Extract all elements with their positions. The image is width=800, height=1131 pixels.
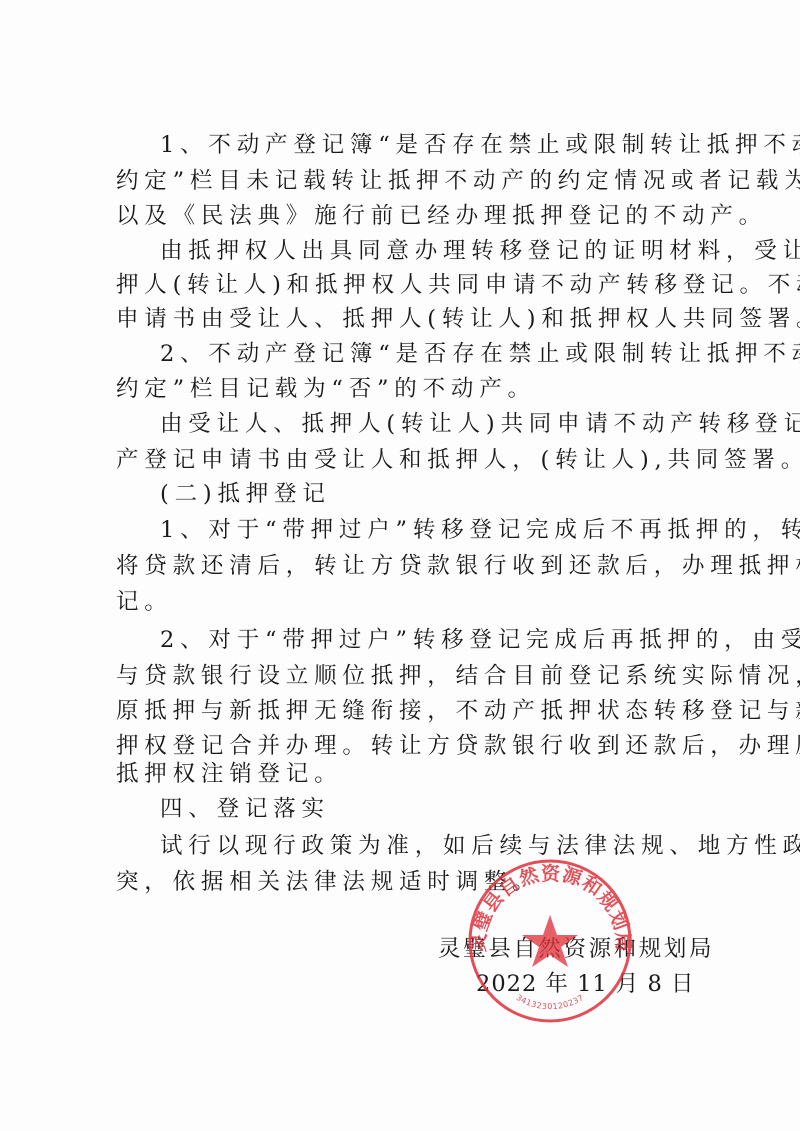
paragraph-line: 约定”栏目记载为“否”的不动产。 <box>116 371 536 407</box>
paragraph-line: 由抵押权人出具同意办理转移登记的证明材料，受让人、抵 <box>160 233 800 269</box>
signature-organization: 灵璧县自然资源和规划局 <box>438 931 714 967</box>
section-heading-transfer-item-2: 2、不动产登记簿“是否存在禁止或限制转让抵押不动产的 <box>160 336 800 372</box>
section-heading-implementation: 四、登记落实 <box>160 791 330 827</box>
paragraph-line: 约定”栏目未记载转让抵押不动产的约定情况或者记载为“是”, <box>116 163 800 199</box>
paragraph-line: 申请书由受让人、抵押人(转让人)和抵押权人共同签署。 <box>116 301 800 337</box>
section-heading-mortgage-item-2: 2、对于“带押过户”转移登记完成后再抵押的，由受让方 <box>160 622 800 658</box>
paragraph-line: 以及《民法典》施行前已经办理抵押登记的不动产。 <box>116 198 767 234</box>
document-page: 1、不动产登记簿“是否存在禁止或限制转让抵押不动产的 约定”栏目未记载转让抵押不… <box>0 0 800 1131</box>
paragraph-line: 原抵押与新抵押无缝衔接，不动产抵押状态转移登记与新设立抵 <box>116 693 800 729</box>
paragraph-line: 将贷款还清后，转让方贷款银行收到还款后，办理抵押权注销登 <box>116 548 800 584</box>
paragraph-line: 与贷款银行设立顺位抵押，结合目前登记系统实际情况，为保证 <box>116 658 800 694</box>
paragraph-line: 试行以现行政策为准，如后续与法律法规、地方性政策相冲 <box>160 828 800 864</box>
paragraph-line: 抵押权注销登记。 <box>116 756 342 792</box>
paragraph-line: 突，依据相关法律法规适时调整。 <box>116 864 541 900</box>
section-heading-mortgage-item-1: 1、对于“带押过户”转移登记完成后不再抵押的，转让方 <box>160 512 800 548</box>
section-heading-mortgage-registration: (二)抵押登记 <box>160 476 331 512</box>
paragraph-line: 押人(转让人)和抵押权人共同申请不动产转移登记。不动产登记 <box>116 267 800 303</box>
paragraph-line: 产登记申请书由受让人和抵押人，(转让人),共同签署。 <box>116 442 800 478</box>
signature-date: 2022 年 11 月 8 日 <box>476 966 694 1002</box>
paragraph-line: 由受让人、抵押人(转让人)共同申请不动产转移登记。不动 <box>160 406 800 442</box>
paragraph-line: 记。 <box>116 584 173 620</box>
section-heading-transfer-item-1: 1、不动产登记簿“是否存在禁止或限制转让抵押不动产的 <box>160 127 800 163</box>
